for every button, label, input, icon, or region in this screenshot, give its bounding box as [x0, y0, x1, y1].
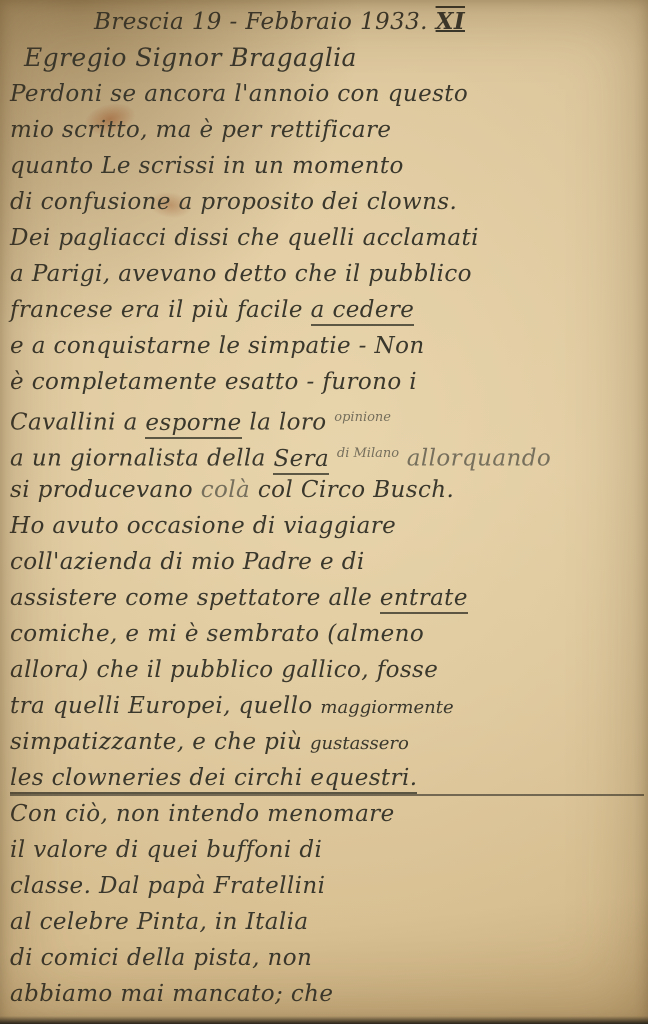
text-segment: tra quelli Europei, quello: [10, 693, 320, 719]
text-segment: assistere come spettatore alle: [10, 585, 380, 611]
handwritten-line: assistere come spettatore alle entrate: [10, 580, 644, 616]
text-segment: di Milano: [337, 446, 399, 461]
text-segment: abbiamo mai mancato; che: [10, 981, 333, 1007]
text-segment: a Parigi, avevano detto che il pubblico: [10, 261, 472, 287]
text-segment: al celebre Pinta, in Italia: [10, 909, 308, 935]
text-segment: comiche, e mi è sembrato (almeno: [10, 621, 424, 647]
handwritten-line: les clowneries dei circhi equestri.: [10, 760, 644, 796]
text-segment: entrate: [380, 585, 468, 614]
handwritten-line: Dei pagliacci dissi che quelli acclamati: [10, 220, 644, 256]
text-segment: allora) che il pubblico gallico, fosse: [10, 657, 438, 683]
text-segment: il valore di quei buffoni di: [10, 837, 322, 863]
text-segment: Sera: [273, 446, 329, 475]
text-segment: Perdoni se ancora l'annoio con questo: [10, 81, 468, 107]
handwritten-line: comiche, e mi è sembrato (almeno: [10, 616, 644, 652]
handwritten-line: si producevano colà col Circo Busch.: [10, 472, 644, 508]
handwritten-line: classe. Dal papà Fratellini: [10, 868, 644, 904]
text-segment: colà: [201, 477, 250, 503]
handwritten-line: di confusione a proposito dei clowns.: [10, 184, 644, 220]
text-segment: la loro: [242, 410, 335, 436]
text-segment: Cavallini a: [10, 410, 145, 436]
handwritten-line: simpatizzante, e che più gustassero: [10, 724, 644, 760]
handwritten-line: a Parigi, avevano detto che il pubblico: [10, 256, 644, 292]
handwritten-line: Perdoni se ancora l'annoio con questo: [10, 76, 644, 112]
text-segment: Dei pagliacci dissi che quelli acclamati: [10, 225, 479, 251]
text-segment: [329, 446, 337, 472]
text-segment: coll'azienda di mio Padre e di: [10, 549, 365, 575]
scan-edge-shadow: [0, 1016, 648, 1024]
handwritten-line: al celebre Pinta, in Italia: [10, 904, 644, 940]
handwritten-line: abbiamo mai mancato; che: [10, 976, 644, 1012]
handwritten-line: Ho avuto occasione di viaggiare: [10, 508, 644, 544]
text-segment: maggiormente: [320, 697, 453, 718]
handwritten-line: tra quelli Europei, quello maggiormente: [10, 688, 644, 724]
text-segment: Egregio Signor Bragaglia: [24, 43, 357, 72]
text-segment: è completamente esatto - furono i: [10, 369, 417, 395]
date-line: Brescia 19 - Febbraio 1933. XI: [10, 4, 644, 40]
text-segment: simpatizzante, e che più: [10, 729, 310, 755]
text-segment: gustassero: [310, 733, 409, 754]
handwritten-line: mio scritto, ma è per rettificare: [10, 112, 644, 148]
text-segment: francese era il più facile: [10, 297, 311, 323]
text-segment: opinione: [334, 410, 391, 425]
text-segment: a un giornalista della: [10, 446, 273, 472]
text-segment: a cedere: [311, 297, 415, 326]
text-segment: esporne: [145, 410, 241, 439]
handwritten-line: Con ciò, non intendo menomare: [10, 796, 644, 832]
text-segment: e a conquistarne le simpatie - Non: [10, 333, 425, 359]
handwritten-line: il valore di quei buffoni di: [10, 832, 644, 868]
text-segment: Ho avuto occasione di viaggiare: [10, 513, 396, 539]
text-segment: quanto Le scrissi in un momento: [10, 153, 404, 179]
handwritten-line: coll'azienda di mio Padre e di: [10, 544, 644, 580]
text-segment: allorquando: [399, 446, 551, 472]
handwritten-line: francese era il più facile a cedere: [10, 292, 644, 328]
text-segment: di confusione a proposito dei clowns.: [10, 189, 457, 215]
handwritten-line: quanto Le scrissi in un momento: [10, 148, 644, 184]
salutation-line: Egregio Signor Bragaglia: [10, 40, 644, 76]
text-segment: classe. Dal papà Fratellini: [10, 873, 325, 899]
text-segment: XI: [436, 8, 465, 35]
handwritten-line: allora) che il pubblico gallico, fosse: [10, 652, 644, 688]
text-segment: si producevano: [10, 477, 201, 503]
text-segment: di comici della pista, non: [10, 945, 312, 971]
text-segment: Brescia 19 - Febbraio 1933.: [94, 9, 436, 35]
handwritten-line: di comici della pista, non: [10, 940, 644, 976]
text-segment: les clowneries dei circhi equestri.: [10, 765, 417, 794]
text-segment: col Circo Busch.: [250, 477, 454, 503]
text-segment: Con ciò, non intendo menomare: [10, 801, 395, 827]
handwritten-line: a un giornalista della Sera di Milano al…: [10, 436, 644, 472]
handwritten-line: è completamente esatto - furono i: [10, 364, 644, 400]
text-segment: mio scritto, ma è per rettificare: [10, 117, 391, 143]
handwritten-line: e a conquistarne le simpatie - Non: [10, 328, 644, 364]
handwritten-line: Cavallini a esporne la loro opinione: [10, 400, 644, 436]
letter-body: Brescia 19 - Febbraio 1933. XIEgregio Si…: [10, 4, 644, 1012]
